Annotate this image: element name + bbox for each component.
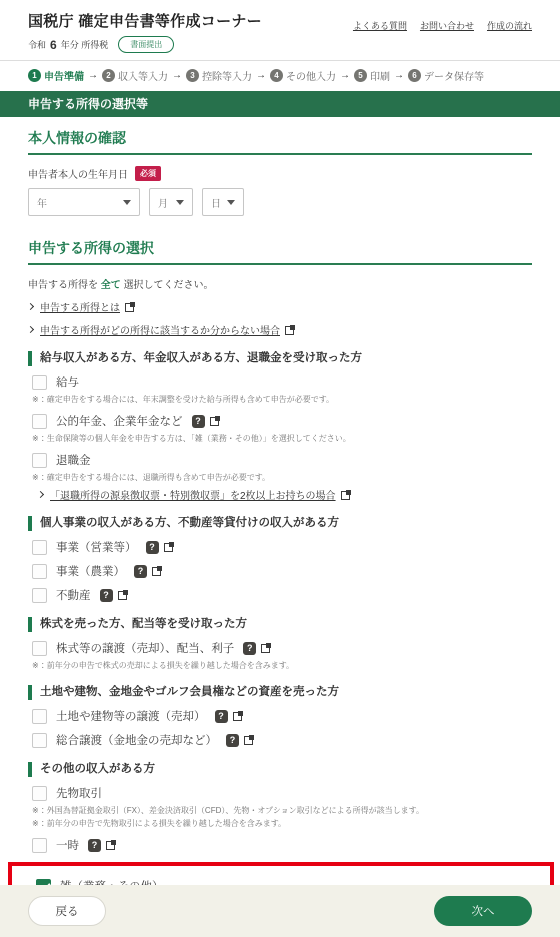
checkbox-unchecked[interactable] <box>32 709 47 724</box>
group-heading-2: 株式を売った方、配当等を受け取った方 <box>28 617 532 632</box>
required-badge: 必須 <box>135 166 161 181</box>
chevron-down-icon <box>123 200 131 205</box>
checkbox-unchecked[interactable] <box>32 838 47 853</box>
checkbox-row-1-2[interactable]: 不動産? <box>32 587 532 603</box>
checkbox-label: 給与 <box>56 374 79 390</box>
annotation-highlight-box: 雑（業務・その他）※：原稿料、講演料、シルバー人材センターやシェアリング・エコノ… <box>8 862 554 885</box>
checkbox-unchecked[interactable] <box>32 540 47 555</box>
checkbox-label: 総合譲渡（金地金の売却など） <box>56 732 217 748</box>
checkbox-unchecked[interactable] <box>32 588 47 603</box>
step-number-icon: 3 <box>186 69 199 82</box>
income-groups: 給与収入がある方、年金収入がある方、退職金を受け取った方給与※：確定申告をする場… <box>28 351 532 885</box>
checkbox-row-0-0[interactable]: 給与 <box>32 374 532 390</box>
step-arrow-icon: → <box>394 70 404 81</box>
step-3: 3控除等入力 <box>186 68 252 83</box>
checkbox-row-4-0[interactable]: 先物取引 <box>32 785 532 801</box>
external-link-icon[interactable] <box>285 325 295 335</box>
group-heading-0: 給与収入がある方、年金収入がある方、退職金を受け取った方 <box>28 351 532 366</box>
step-1: 1申告準備 <box>28 68 84 83</box>
group-heading-4: その他の収入がある方 <box>28 762 532 777</box>
sub-link-0-2: 「退職所得の源泉徴収票・特別徴収票」を2枚以上お持ちの場合 <box>38 487 532 502</box>
checkbox-unchecked[interactable] <box>32 453 47 468</box>
header-link-1[interactable]: お問い合わせ <box>420 19 474 32</box>
step-2: 2収入等入力 <box>102 68 168 83</box>
note-text: ※：前年分の申告で株式の売却による損失を繰り越した場合を含みます。 <box>32 660 532 671</box>
sub-link-0-2-link[interactable]: 「退職所得の源泉徴収票・特別徴収票」を2枚以上お持ちの場合 <box>50 487 336 502</box>
checkbox-label: 事業（営業等） <box>56 539 137 555</box>
checkbox-row-4-1[interactable]: 一時? <box>32 837 532 853</box>
step-arrow-icon: → <box>88 70 98 81</box>
step-label: 印刷 <box>370 68 390 83</box>
section-title-personal-info: 本人情報の確認 <box>28 128 532 155</box>
chevron-right-icon <box>37 491 44 498</box>
step-label: その他入力 <box>286 68 336 83</box>
help-question-icon[interactable]: ? <box>215 710 228 723</box>
income-help-0: 申告する所得とは <box>28 299 532 314</box>
note-text: ※：確定申告をする場合には、退職所得も含めて申告が必要です。 <box>32 472 532 483</box>
external-link-icon[interactable] <box>152 566 162 576</box>
checkbox-label: 雑（業務・その他） <box>60 878 164 885</box>
checkbox-label: 不動産 <box>56 587 91 603</box>
header-top: 国税庁 確定申告書等作成コーナー 令和6年分 所得税 書面提出 よくある質問お問… <box>0 0 560 61</box>
year-number: 6 <box>50 38 57 52</box>
external-link-icon[interactable] <box>261 643 271 653</box>
back-button[interactable]: 戻る <box>28 896 106 926</box>
step-number-icon: 5 <box>354 69 367 82</box>
progress-steps: 1申告準備→2収入等入力→3控除等入力→4その他入力→5印刷→6データ保存等 <box>0 61 560 91</box>
checkbox-label: 株式等の譲渡（売却）、配当、利子 <box>56 640 234 656</box>
page-banner: 申告する所得の選択等 <box>0 91 560 117</box>
checkbox-label: 先物取引 <box>56 785 102 801</box>
paper-submission-badge: 書面提出 <box>118 36 174 53</box>
chevron-right-icon <box>27 326 34 333</box>
step-number-icon: 4 <box>270 69 283 82</box>
income-help-0-link[interactable]: 申告する所得とは <box>40 299 120 314</box>
step-4: 4その他入力 <box>270 68 336 83</box>
checkbox-row-1-1[interactable]: 事業（農業）? <box>32 563 532 579</box>
step-label: 収入等入力 <box>118 68 168 83</box>
section-title-income-selection: 申告する所得の選択 <box>28 238 532 265</box>
income-help-links: 申告する所得とは申告する所得がどの所得に該当するか分からない場合 <box>28 299 532 337</box>
step-number-icon: 1 <box>28 69 41 82</box>
step-label: データ保存等 <box>424 68 484 83</box>
checkbox-unchecked[interactable] <box>32 786 47 801</box>
income-instruction: 申告する所得を 全て 選択してください。 <box>28 276 532 291</box>
select-value: 年 <box>37 195 47 210</box>
step-label: 控除等入力 <box>202 68 252 83</box>
checkbox-unchecked[interactable] <box>32 375 47 390</box>
step-arrow-icon: → <box>172 70 182 81</box>
footer-bar: 戻る 次へ <box>0 885 560 937</box>
checkbox-row-1-0[interactable]: 事業（営業等）? <box>32 539 532 555</box>
checkbox-row-2-0[interactable]: 株式等の譲渡（売却）、配当、利子? <box>32 640 532 656</box>
step-number-icon: 2 <box>102 69 115 82</box>
top-links: よくある質問お問い合わせ作成の流れ <box>353 19 532 32</box>
step-5: 5印刷 <box>354 68 390 83</box>
help-question-icon[interactable]: ? <box>88 839 101 852</box>
chevron-right-icon <box>27 303 34 310</box>
note-text: ※：外国為替証拠金取引（FX）、差金決済取引（CFD）、先物・オプション取引など… <box>32 805 532 816</box>
step-number-icon: 6 <box>408 69 421 82</box>
chevron-down-icon <box>176 200 184 205</box>
group-heading-3: 土地や建物、金地金やゴルフ会員権などの資産を売った方 <box>28 685 532 700</box>
checkbox-unchecked[interactable] <box>32 641 47 656</box>
app-header: 国税庁 確定申告書等作成コーナー 令和6年分 所得税 書面提出 よくある質問お問… <box>0 0 560 91</box>
external-link-icon[interactable] <box>244 735 254 745</box>
checkbox-row-0-2[interactable]: 退職金 <box>32 452 532 468</box>
external-link-icon[interactable] <box>341 490 351 500</box>
step-label: 申告準備 <box>44 68 84 83</box>
checkbox-label: 事業（農業） <box>56 563 125 579</box>
select-year[interactable]: 年 <box>28 188 140 216</box>
checkbox-checked[interactable] <box>36 879 51 886</box>
note-text: ※：前年分の申告で先物取引による損失を繰り越した場合を含みます。 <box>32 818 532 829</box>
external-link-icon[interactable] <box>125 302 135 312</box>
year-suffix: 年分 所得税 <box>61 38 109 51</box>
external-link-icon[interactable] <box>210 416 220 426</box>
checkbox-unchecked[interactable] <box>32 733 47 748</box>
select-value: 日 <box>211 195 221 210</box>
select-month[interactable]: 月 <box>149 188 193 216</box>
help-question-icon[interactable]: ? <box>134 565 147 578</box>
external-link-icon[interactable] <box>106 840 116 850</box>
help-question-icon[interactable]: ? <box>100 589 113 602</box>
checkbox-unchecked[interactable] <box>32 414 47 429</box>
step-arrow-icon: → <box>340 70 350 81</box>
birthdate-label: 申告者本人の生年月日 <box>28 166 128 181</box>
checkbox-label: 退職金 <box>56 452 91 468</box>
checkbox-label: 一時 <box>56 837 79 853</box>
next-button[interactable]: 次へ <box>434 896 532 926</box>
note-text: ※：生命保険等の個人年金を申告する方は、「雑（業務・その他）」を選択してください… <box>32 433 532 444</box>
income-help-1: 申告する所得がどの所得に該当するか分からない場合 <box>28 322 532 337</box>
checkbox-label: 公的年金、企業年金など <box>56 413 183 429</box>
group-heading-1: 個人事業の収入がある方、不動産等貸付けの収入がある方 <box>28 516 532 531</box>
help-question-icon[interactable]: ? <box>226 734 239 747</box>
chevron-down-icon <box>227 200 235 205</box>
header-link-2[interactable]: 作成の流れ <box>487 19 532 32</box>
birthdate-row: 申告者本人の生年月日 必須 <box>28 166 532 181</box>
help-question-icon[interactable]: ? <box>243 642 256 655</box>
tax-year-line: 令和6年分 所得税 書面提出 <box>28 36 532 53</box>
checkbox-row-3-1[interactable]: 総合譲渡（金地金の売却など）? <box>32 732 532 748</box>
checkbox-label: 土地や建物等の譲渡（売却） <box>56 708 206 724</box>
income-help-1-link[interactable]: 申告する所得がどの所得に該当するか分からない場合 <box>40 322 280 337</box>
external-link-icon[interactable] <box>164 542 174 552</box>
checkbox-row-3-0[interactable]: 土地や建物等の譲渡（売却）? <box>32 708 532 724</box>
header-link-0[interactable]: よくある質問 <box>353 19 407 32</box>
step-6: 6データ保存等 <box>408 68 484 83</box>
help-question-icon[interactable]: ? <box>146 541 159 554</box>
external-link-icon[interactable] <box>118 590 128 600</box>
main-content: 本人情報の確認 申告者本人の生年月日 必須 年月日 申告する所得の選択 申告する… <box>0 117 560 885</box>
step-arrow-icon: → <box>256 70 266 81</box>
note-text: ※：確定申告をする場合には、年末調整を受けた給与所得も含めて申告が必要です。 <box>32 394 532 405</box>
select-day[interactable]: 日 <box>202 188 244 216</box>
select-value: 月 <box>158 195 168 210</box>
birthdate-selects: 年月日 <box>28 188 532 216</box>
checkbox-row-4-2[interactable]: 雑（業務・その他） <box>36 878 530 885</box>
checkbox-row-0-1[interactable]: 公的年金、企業年金など? <box>32 413 532 429</box>
instruction-emphasis: 全て <box>101 280 121 291</box>
external-link-icon[interactable] <box>233 711 243 721</box>
era-label: 令和 <box>28 38 46 51</box>
checkbox-unchecked[interactable] <box>32 564 47 579</box>
help-question-icon[interactable]: ? <box>192 415 205 428</box>
